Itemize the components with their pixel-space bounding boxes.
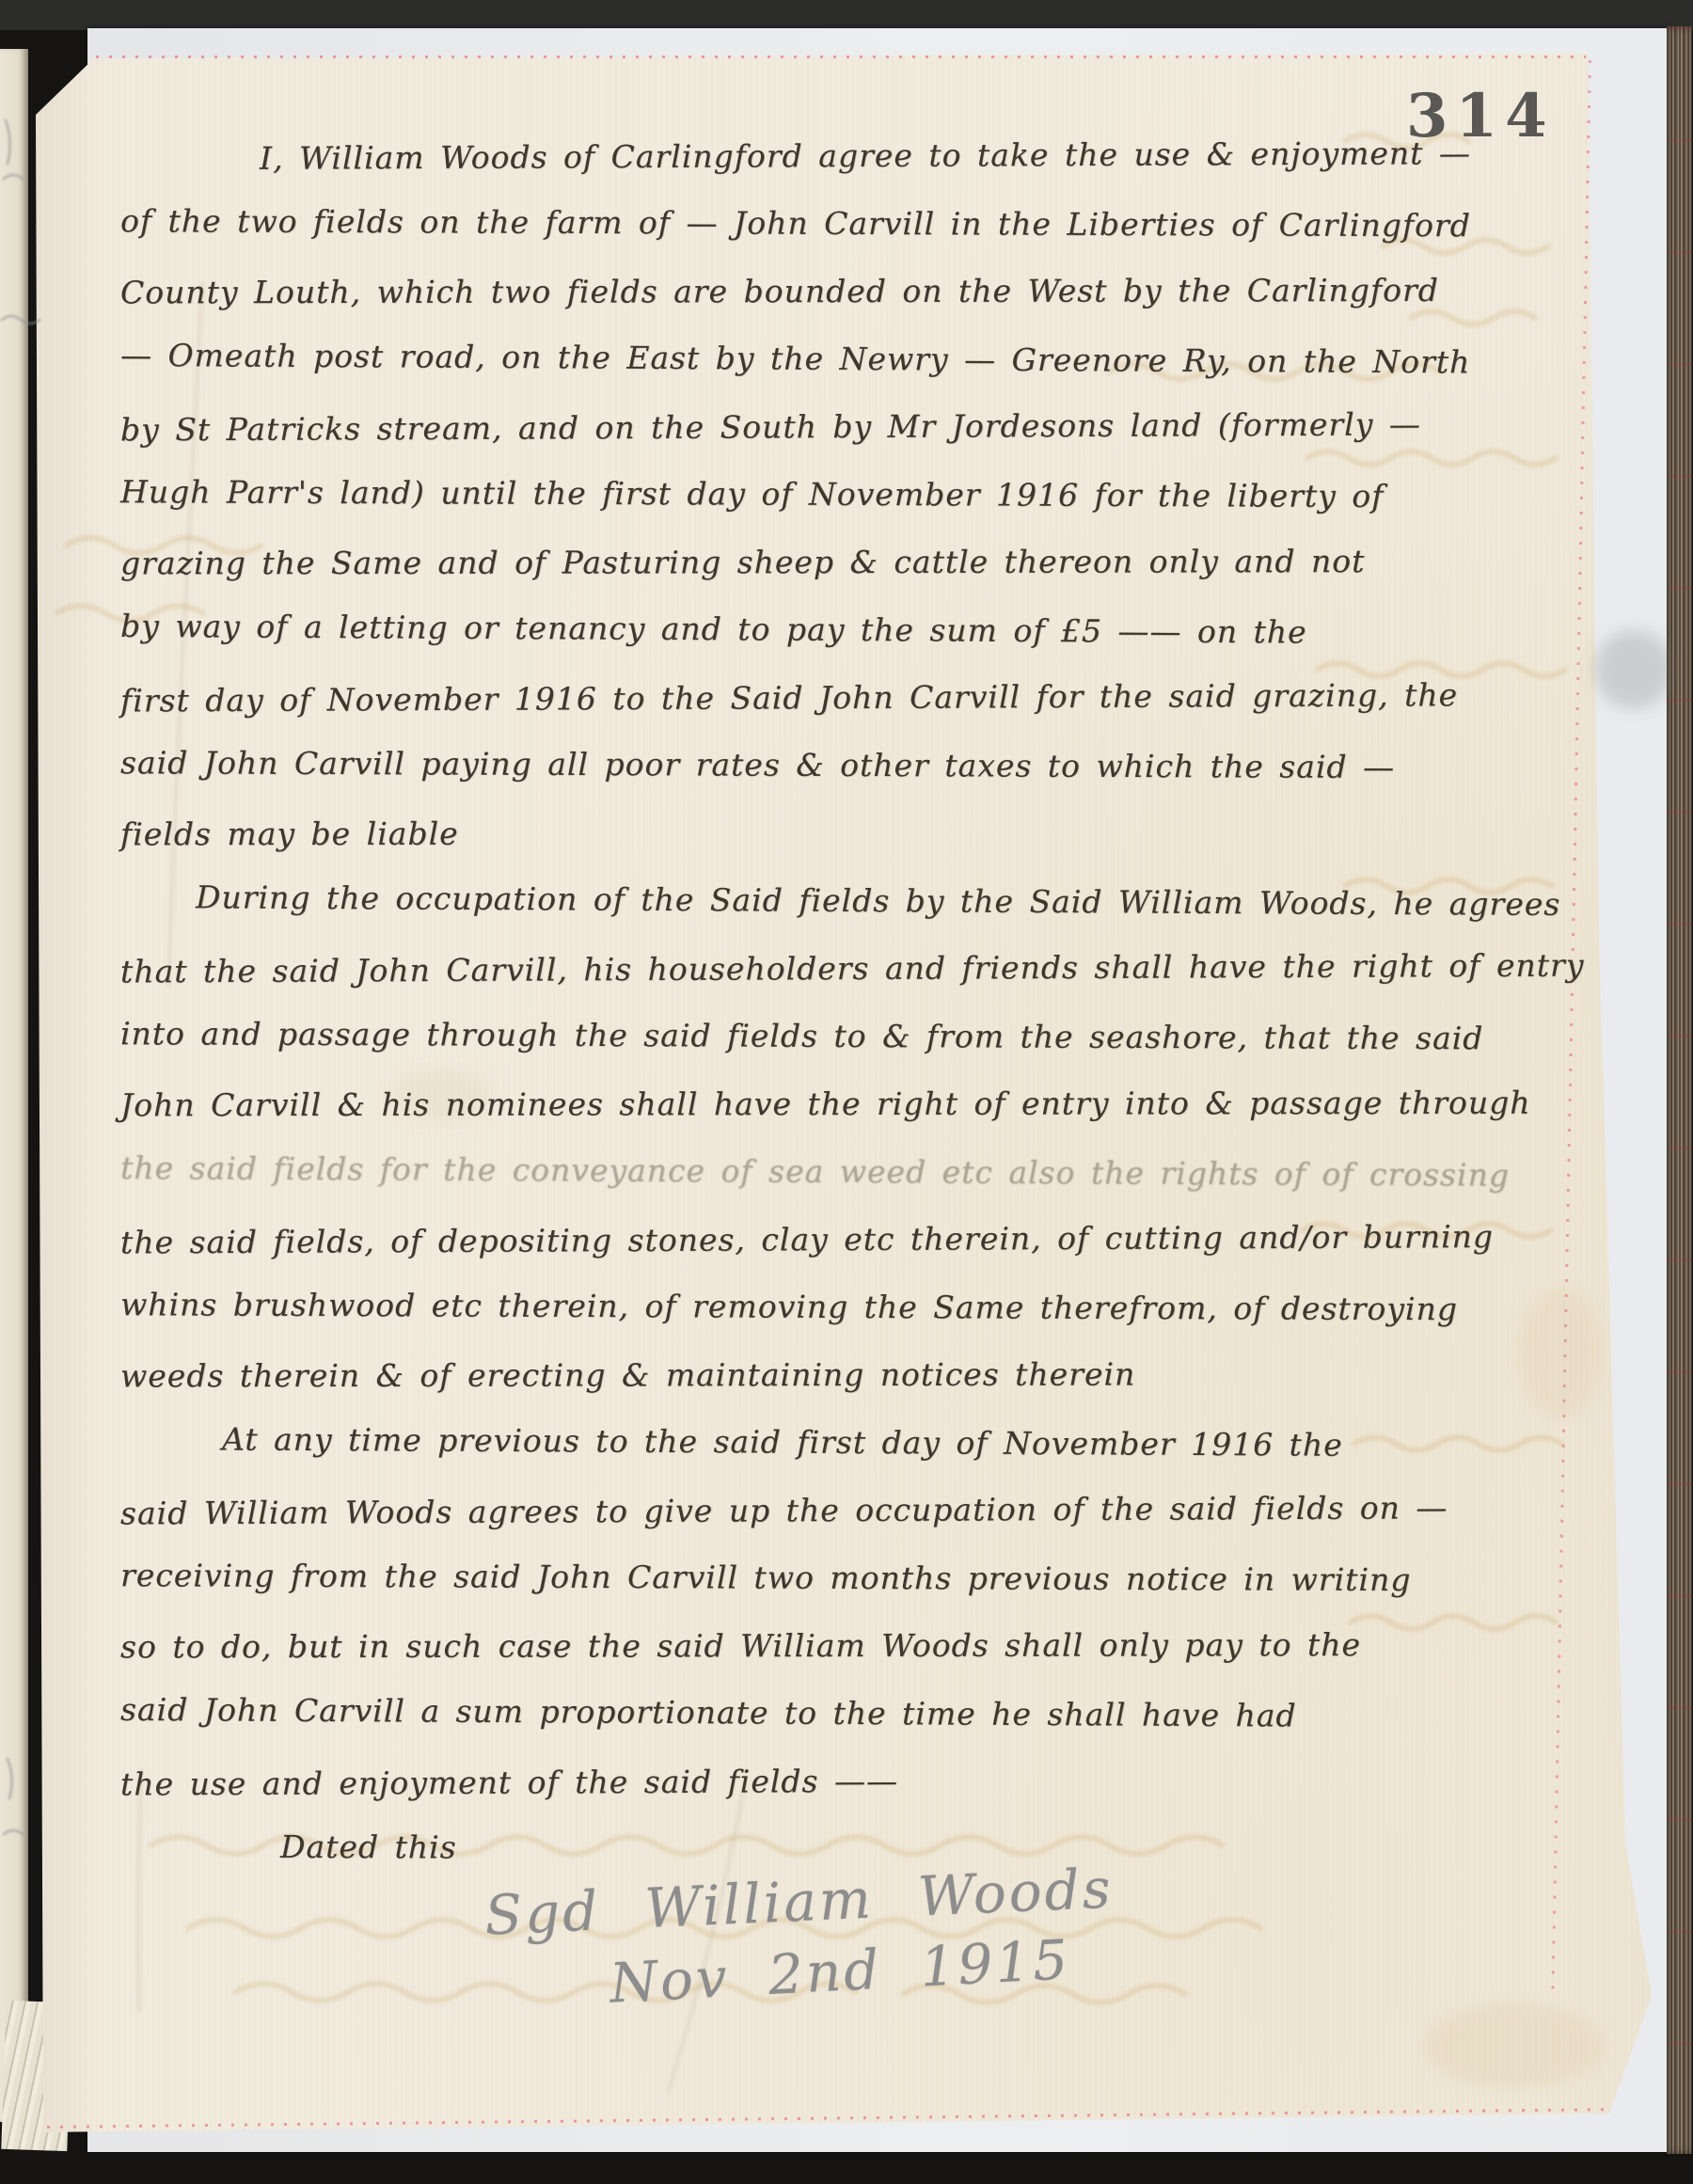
scanned-book-page: { "doc": { "page_number": "314", "lines"…	[0, 0, 1693, 2184]
manuscript-line: first day of November 1916 to the Said J…	[120, 661, 1602, 736]
manuscript-line: the said fields for the conveyance of se…	[120, 1134, 1602, 1210]
manuscript-line: so to do, but in such case the said Will…	[120, 1611, 1602, 1682]
manuscript-line: I, William Woods of Carlingford agree to…	[120, 119, 1602, 194]
scanner-background-band	[0, 0, 1693, 30]
manuscript-line: John Carvill & his nominees shall have t…	[120, 1069, 1602, 1140]
manuscript-line: by way of a letting or tenancy and to pa…	[120, 593, 1602, 668]
manuscript-line: — Omeath post road, on the East by the N…	[120, 322, 1602, 397]
manuscript-line: At any time previous to the said first d…	[120, 1405, 1602, 1480]
manuscript-line: whins brushwood etc therein, of removing…	[120, 1271, 1602, 1343]
manuscript-line: into and passage through the said fields…	[120, 1000, 1602, 1072]
manuscript-line: said William Woods agrees to give up the…	[120, 1474, 1602, 1548]
manuscript-line: Hugh Parr's land) until the first day of…	[120, 458, 1602, 530]
manuscript-line: fields may be liable	[120, 799, 1602, 869]
red-edge-tint-top	[96, 55, 1586, 58]
manuscript-line: weeds therein & of erecting & maintainin…	[120, 1340, 1602, 1411]
manuscript-line: County Louth, which two fields are bound…	[120, 257, 1602, 327]
manuscript-line: During the occupation of the Said fields…	[120, 863, 1602, 939]
book-fore-edge	[1667, 26, 1692, 2154]
manuscript-line: that the said John Carvill, his househol…	[120, 932, 1602, 1006]
previous-page-edge	[0, 49, 28, 2122]
manuscript-line: the use and enjoyment of the said fields…	[120, 1745, 1602, 1819]
manuscript-line: said John Carvill a sum proportionate to…	[120, 1676, 1602, 1751]
manuscript-line: receiving from the said John Carvill two…	[120, 1542, 1602, 1614]
manuscript-line: of the two fields on the farm of — John …	[120, 187, 1602, 260]
manuscript-line: said John Carvill paying all poor rates …	[120, 729, 1602, 801]
manuscript-line: grazing the Same and of Pasturing sheep …	[120, 528, 1602, 598]
manuscript-text: I, William Woods of Carlingford agree to…	[120, 122, 1602, 1883]
manuscript-line: the said fields, of depositing stones, c…	[120, 1203, 1602, 1277]
manuscript-line: by St Patricks stream, and on the South …	[120, 390, 1602, 465]
